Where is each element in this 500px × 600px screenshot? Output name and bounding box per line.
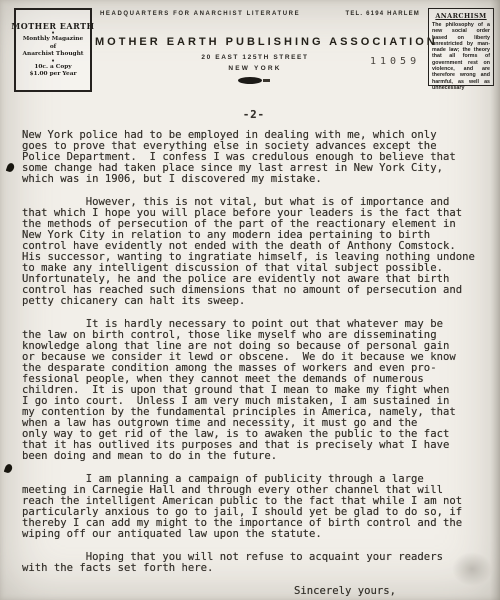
anarchism-definition: The philosophy of a new social order bas… <box>432 22 490 91</box>
city: NEW YORK <box>95 65 415 72</box>
closing-salutation: Sincerely yours, <box>22 586 486 597</box>
telephone-line: TEL. 6194 HARLEM <box>345 11 420 17</box>
paragraph: It is hardly necessary to point out that… <box>22 319 486 462</box>
letter-body: -2- New York police had to be employed i… <box>22 110 486 597</box>
scanned-letter-page: MOTHER EARTH ♦ Monthly Magazine of Anarc… <box>0 0 500 600</box>
ink-mark-icon <box>6 162 15 173</box>
anarchism-title: ANARCHISM <box>432 12 490 20</box>
document-number: 11059 <box>370 56 420 67</box>
organization-name: MOTHER EARTH PUBLISHING ASSOCIATION <box>95 36 415 48</box>
magazine-info-box: MOTHER EARTH ♦ Monthly Magazine of Anarc… <box>14 8 92 92</box>
paragraph: However, this is not vital, but what is … <box>22 197 486 307</box>
magazine-subtitle-line: Monthly Magazine <box>23 36 83 44</box>
headquarters-tagline: HEADQUARTERS FOR ANARCHIST LITERATURE <box>100 11 300 17</box>
magazine-price-line: $1.00 per Year <box>29 71 76 79</box>
scan-smudge <box>452 552 492 586</box>
magazine-price-line: 10c. a Copy <box>34 64 71 72</box>
paragraph: I am planning a campaign of publicity th… <box>22 474 486 540</box>
page-number: -2- <box>22 110 486 121</box>
paragraph: New York police had to be employed in de… <box>22 130 486 185</box>
scan-edge-shade <box>490 0 500 600</box>
magazine-subtitle-line: of <box>50 44 56 52</box>
union-label-icon <box>238 76 272 85</box>
paragraph: Hoping that you will not refuse to acqua… <box>22 552 486 574</box>
anarchism-definition-box: ANARCHISM The philosophy of a new social… <box>428 8 494 86</box>
ink-mark-icon <box>4 463 13 474</box>
street-address: 20 EAST 125TH STREET <box>95 54 415 61</box>
